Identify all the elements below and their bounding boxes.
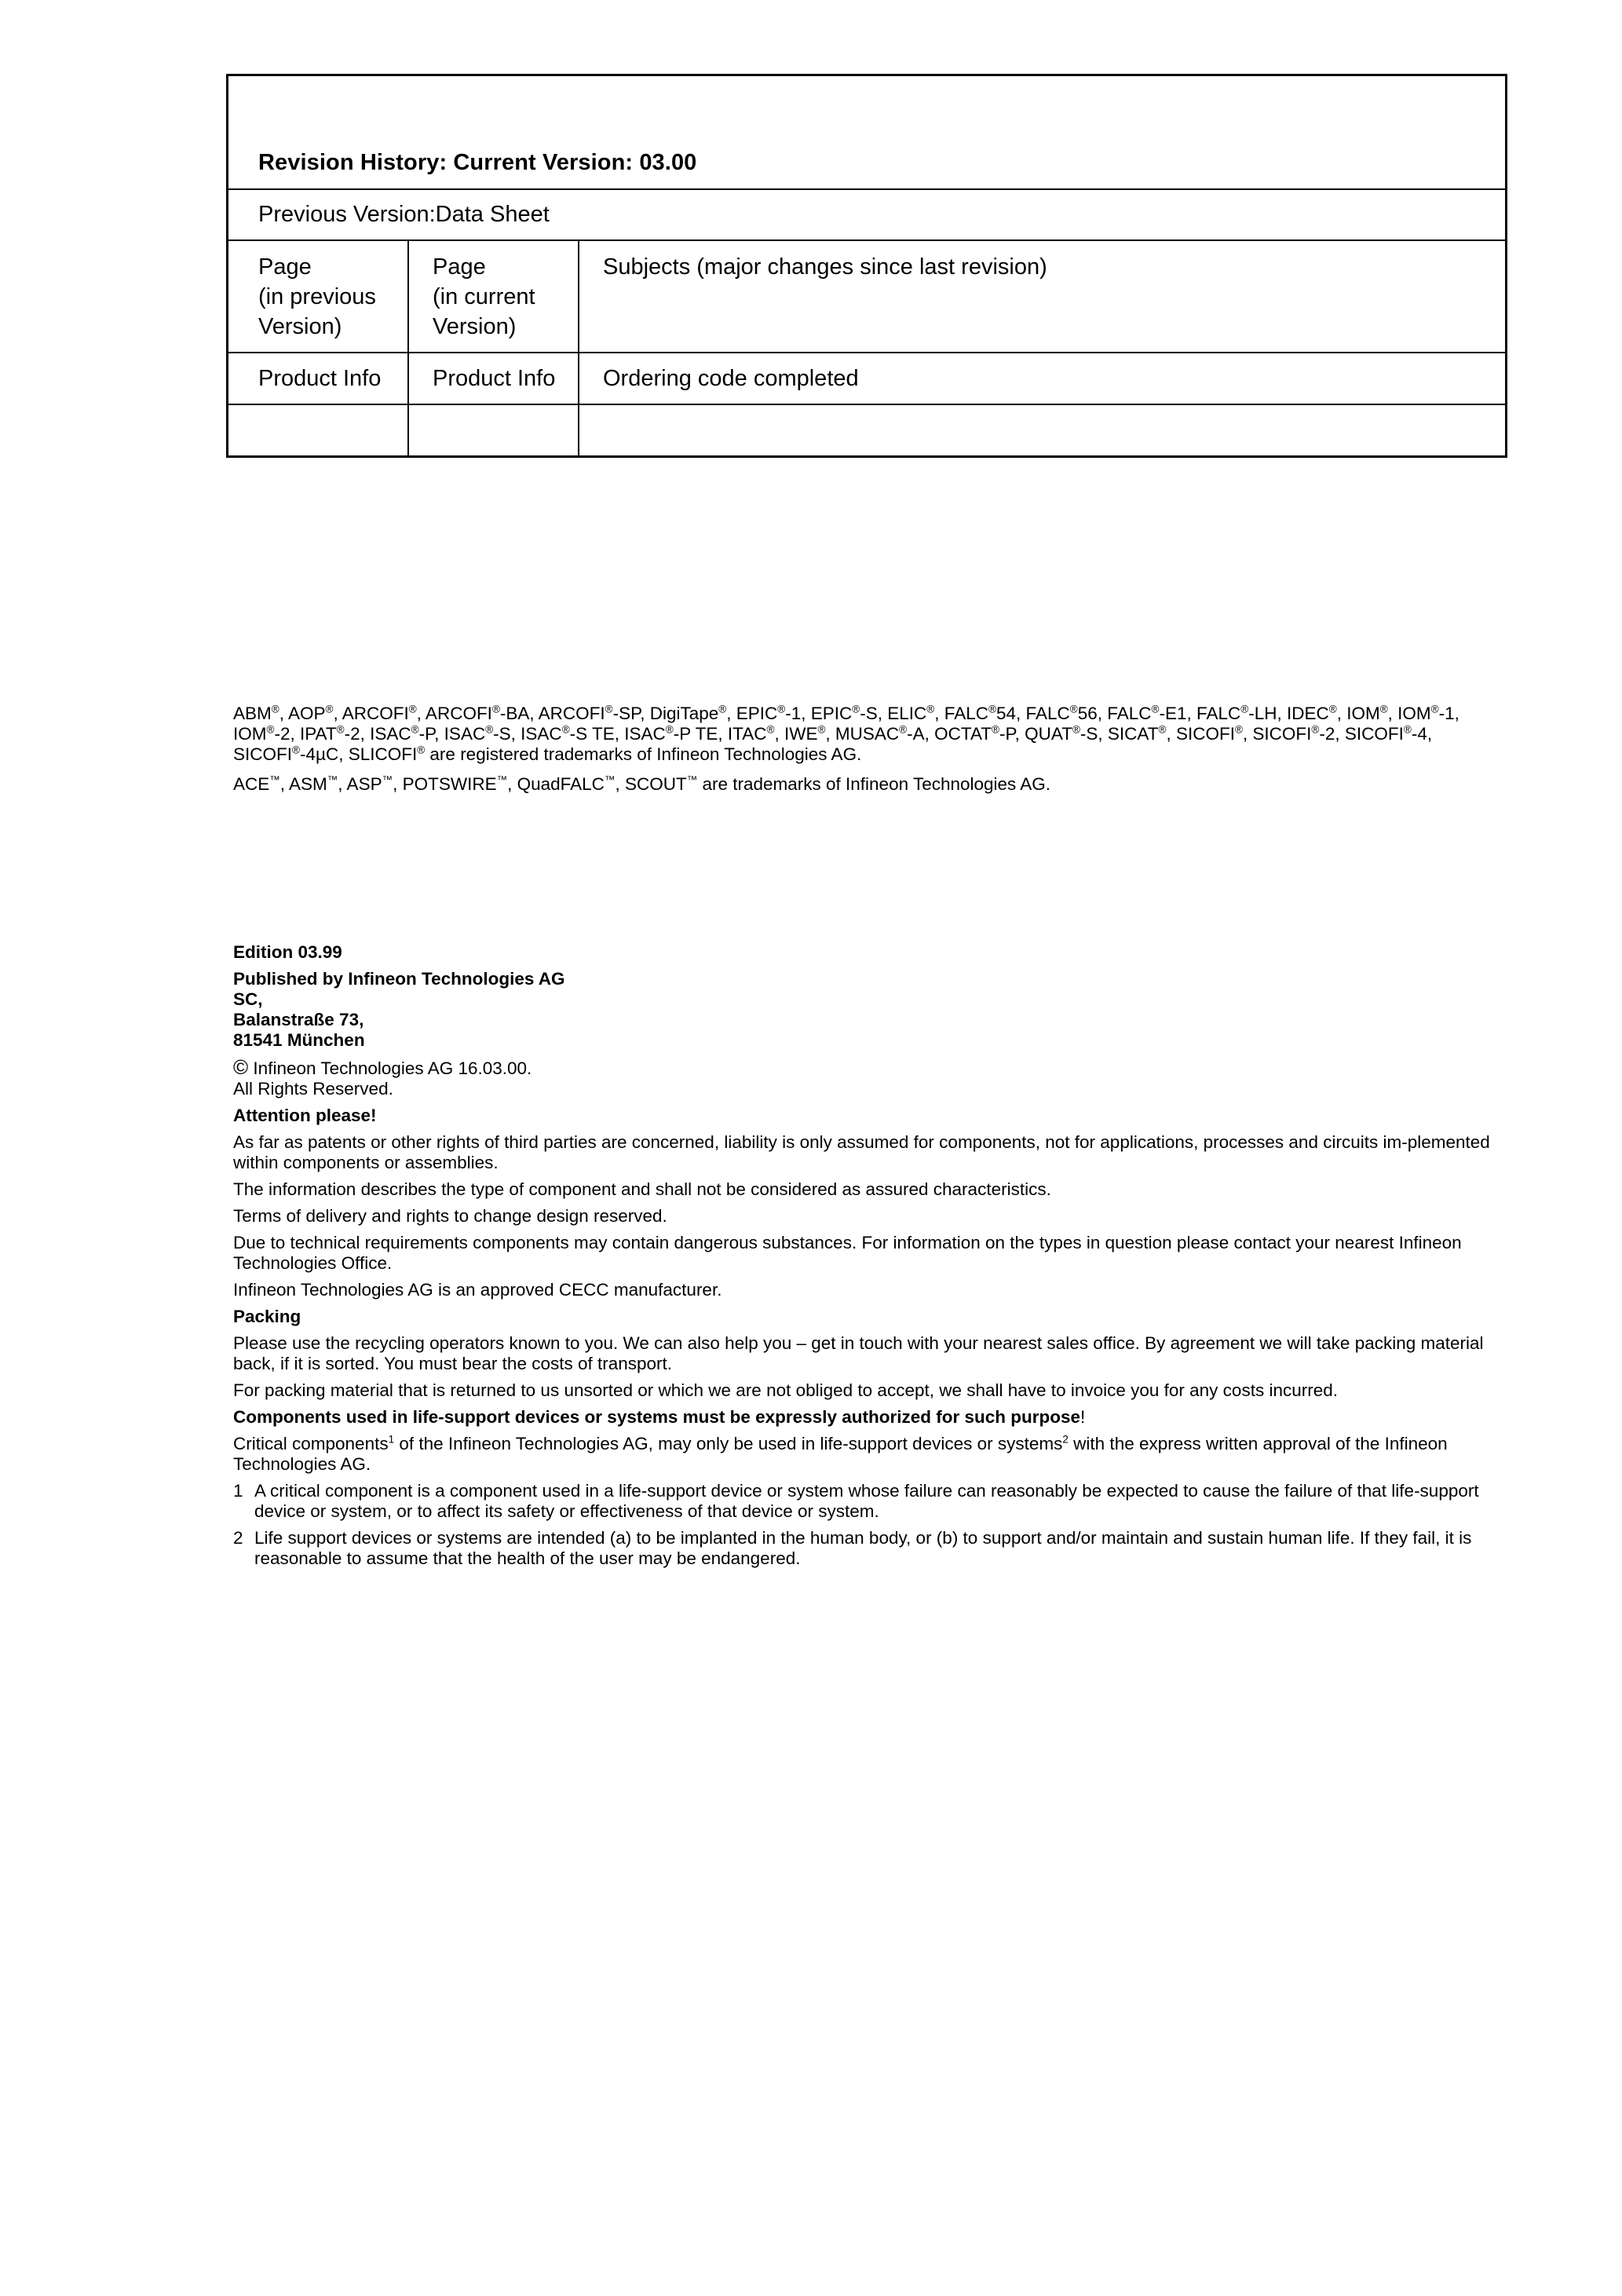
revision-title: Revision History: Current Version: 03.00: [258, 150, 696, 176]
attention-paragraph: Infineon Technologies AG is an approved …: [233, 1280, 1513, 1300]
copyright: © Infineon Technologies AG 16.03.00.: [233, 1057, 1513, 1079]
footnote: 2 Life support devices or systems are in…: [233, 1528, 1513, 1569]
imprint-section: Edition 03.99 Published by Infineon Tech…: [233, 942, 1513, 1575]
footnote-number: 2: [233, 1528, 254, 1569]
table-header-row: Page (in previous Version) Page (in curr…: [228, 239, 1505, 352]
address-line: SC,: [233, 989, 1513, 1010]
cell-page-previous: [228, 405, 409, 455]
header-subjects: Subjects (major changes since last revis…: [579, 241, 1505, 352]
trademarks: ACE™, ASM™, ASP™, POTSWIRE™, QuadFALC™, …: [233, 774, 1513, 795]
attention-paragraph: As far as patents or other rights of thi…: [233, 1132, 1513, 1173]
table-row: Product Info Product Info Ordering code …: [228, 352, 1505, 404]
footnote-text: Life support devices or systems are inte…: [254, 1528, 1513, 1569]
cell-subject: Ordering code completed: [579, 353, 1505, 404]
footnote-ref-1: 1: [389, 1434, 395, 1446]
packing-paragraph: Please use the recycling operators known…: [233, 1333, 1513, 1374]
address-line: Balanstraße 73,: [233, 1010, 1513, 1030]
header-page-previous: Page (in previous Version): [228, 241, 409, 352]
trademarks-section: ABM®, AOP®, ARCOFI®, ARCOFI®-BA, ARCOFI®…: [233, 704, 1513, 804]
attention-paragraph: Terms of delivery and rights to change d…: [233, 1206, 1513, 1227]
previous-version: Previous Version:Data Sheet: [258, 202, 550, 228]
rights: All Rights Reserved.: [233, 1079, 1513, 1099]
cell-page-current: Product Info: [409, 353, 579, 404]
text-segment: Critical components: [233, 1434, 389, 1453]
registered-trademarks: ABM®, AOP®, ARCOFI®, ARCOFI®-BA, ARCOFI®…: [233, 704, 1513, 765]
footnote-text: A critical component is a component used…: [254, 1481, 1513, 1522]
table-row: [228, 404, 1505, 455]
life-support-paragraph: Critical components1 of the Infineon Tec…: [233, 1434, 1513, 1475]
life-support-heading-text: Components used in life-support devices …: [233, 1407, 1080, 1427]
packing-paragraph: For packing material that is returned to…: [233, 1380, 1513, 1401]
publisher: Published by Infineon Technologies AG: [233, 969, 1513, 989]
address-line: 81541 München: [233, 1030, 1513, 1051]
previous-version-row: Previous Version:Data Sheet: [228, 188, 1505, 239]
attention-heading: Attention please!: [233, 1106, 1513, 1126]
cell-page-current: [409, 405, 579, 455]
header-page-current: Page (in current Version): [409, 241, 579, 352]
footnote: 1 A critical component is a component us…: [233, 1481, 1513, 1522]
cell-page-previous: Product Info: [228, 353, 409, 404]
attention-paragraph: The information describes the type of co…: [233, 1179, 1513, 1200]
copyright-text: Infineon Technologies AG 16.03.00.: [248, 1058, 532, 1078]
packing-heading: Packing: [233, 1307, 1513, 1327]
text-segment: of the Infineon Technologies AG, may onl…: [394, 1434, 1062, 1453]
life-support-heading-end: !: [1080, 1407, 1085, 1427]
copyright-icon: ©: [233, 1055, 248, 1079]
attention-paragraph: Due to technical requirements components…: [233, 1233, 1513, 1274]
footnote-number: 1: [233, 1481, 254, 1522]
life-support-heading: Components used in life-support devices …: [233, 1407, 1513, 1428]
revision-title-row: Revision History: Current Version: 03.00: [228, 76, 1505, 188]
revision-history-table: Revision History: Current Version: 03.00…: [226, 74, 1507, 458]
cell-subject: [579, 405, 1505, 455]
footnote-ref-2: 2: [1062, 1434, 1069, 1446]
edition: Edition 03.99: [233, 942, 1513, 963]
